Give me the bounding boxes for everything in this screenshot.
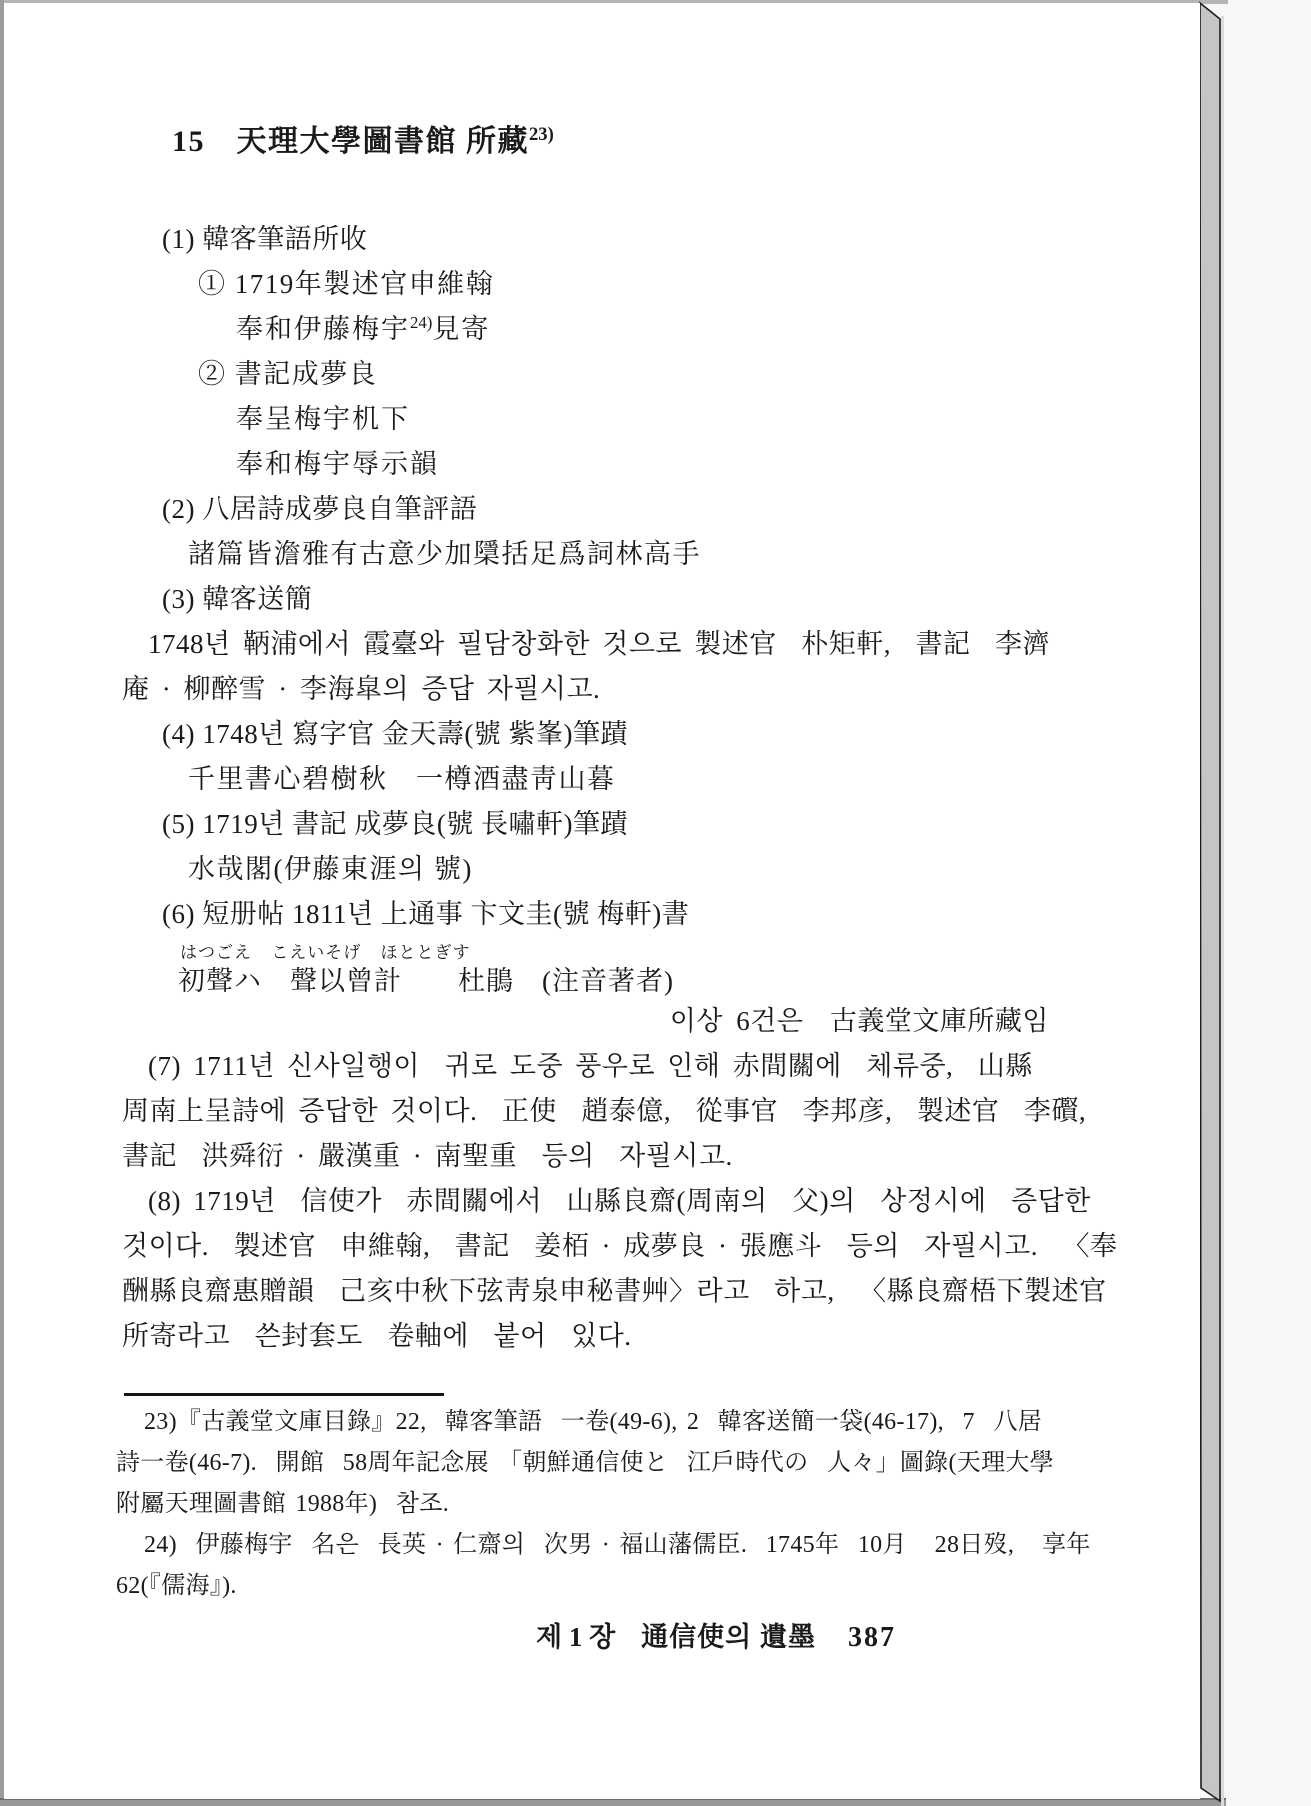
footnote-ref: 23) <box>529 124 554 145</box>
text-line: 庵 · 柳醉雪 · 李海皐의 증답 자필시고. <box>122 667 1054 712</box>
text-line: 奉和伊藤梅宇24)見寄 <box>236 307 1054 352</box>
text-line: (5) 1719년 書記 成夢良(號 長嘯軒)筆蹟 <box>162 802 1054 847</box>
text-line: 것이다. 製述官 申維翰, 書記 姜栢 · 成夢良 · 張應斗 등의 자필시고.… <box>122 1224 1054 1269</box>
text-line: (7) 1711년 신사일행이 귀로 도중 풍우로 인해 赤間關에 체류중, 山… <box>148 1044 1054 1089</box>
text-line: 24) 伊藤梅宇 名은 長英 · 仁齋의 次男 · 福山藩儒臣. 1745年 1… <box>144 1525 1054 1566</box>
running-title: 通信使의 遺墨 <box>641 1622 816 1652</box>
text-line: 千里書心碧樹秋 一樽酒盡靑山暮 <box>188 757 1054 802</box>
body-text: 15 天理大學圖書館 所藏23)(1) 韓客筆語所收① 1719年製述官申維翰奉… <box>122 119 1054 1359</box>
text-line: 周南上呈詩에 증답한 것이다. 正使 趙泰億, 從事官 李邦彦, 製述官 李礥, <box>122 1089 1054 1134</box>
text-line: 酬縣良齋惠贈韻 己亥中秋下弦靑泉申秘書艸〉라고 하고, 〈縣良齋梧下製述官 <box>122 1269 1054 1314</box>
text-line: 23)『古義堂文庫目錄』22, 韓客筆語 一卷(49-6), 2 韓客送簡一袋(… <box>144 1402 1054 1443</box>
text-line: 62(『儒海』). <box>116 1566 1054 1607</box>
text-line: 書記 洪舜衍 · 嚴漢重 · 南聖重 등의 자필시고. <box>122 1134 1054 1179</box>
text-line: はつごえ こえいそげ ほととぎす <box>180 937 1054 963</box>
text-line: (4) 1748년 寫字官 金天壽(號 紫峯)筆蹟 <box>162 712 1054 757</box>
page-title: 15 天理大學圖書館 所藏23) <box>172 119 1054 165</box>
text-line: 諸篇皆澹雅有古意少加檃括足爲詞林高手 <box>188 532 1054 577</box>
content-column: 15 天理大學圖書館 所藏23)(1) 韓客筆語所收① 1719年製述官申維翰奉… <box>122 3 1054 1654</box>
text-line: (1) 韓客筆語所收 <box>162 217 1054 262</box>
text-line: 水哉閣(伊藤東涯의 號) <box>188 847 1054 892</box>
footnote-divider <box>124 1393 444 1396</box>
document-page: 15 天理大學圖書館 所藏23)(1) 韓客筆語所收① 1719年製述官申維翰奉… <box>4 3 1200 1799</box>
text-line: 詩一卷(46-7). 開館 58周年記念展 「朝鮮通信使と 江戶時代の 人々」圖… <box>116 1443 1054 1484</box>
text-line: (3) 韓客送簡 <box>162 577 1054 622</box>
footnote-section: 23)『古義堂文庫目錄』22, 韓客筆語 一卷(49-6), 2 韓客送簡一袋(… <box>122 1402 1054 1607</box>
text-line: ① 1719年製述官申維翰 <box>198 262 1054 307</box>
page-number: 387 <box>848 1622 896 1653</box>
text-line: 奉呈梅宇机下 <box>236 397 1054 442</box>
text-line: 附屬天理圖書館 1988年) 참조. <box>116 1484 1054 1525</box>
scanned-page-stage: 15 天理大學圖書館 所藏23)(1) 韓客筆語所收① 1719年製述官申維翰奉… <box>0 0 1311 1806</box>
footnote-ref: 24) <box>410 313 432 332</box>
text-line: 奉和梅宇辱示韻 <box>236 442 1054 487</box>
text-line: 이상 6건은 古義堂文庫所藏임 <box>122 999 1054 1044</box>
text-line: 所寄라고 쓴封套도 卷軸에 붙어 있다. <box>122 1314 1054 1359</box>
page-footer: 제 1 장通信使의 遺墨387 <box>122 1621 1054 1654</box>
text-line: (2) 八居詩成夢良自筆評語 <box>162 487 1054 532</box>
text-line: 初聲ハ 聲以曾計 杜鵑 (注音著者) <box>178 963 1054 999</box>
text-line: (8) 1719년 信使가 赤間關에서 山縣良齋(周南의 父)의 상정시에 증답… <box>148 1179 1054 1224</box>
text-line: (6) 短册帖 1811년 上通事 卞文圭(號 梅軒)書 <box>162 892 1054 937</box>
chapter-label: 제 1 장 <box>536 1622 615 1652</box>
text-line: 1748년 鞆浦에서 霞臺와 필담창화한 것으로 製述官 朴矩軒, 書記 李濟 <box>148 622 1054 667</box>
text-line: ② 書記成夢良 <box>198 352 1054 397</box>
